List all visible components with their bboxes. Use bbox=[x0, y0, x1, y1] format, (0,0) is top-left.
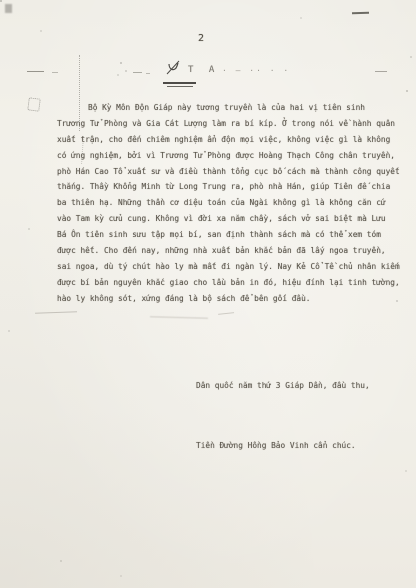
annotation-trailing-dots: · — ·· · · bbox=[222, 66, 290, 75]
annotation-dash bbox=[27, 71, 44, 72]
typewritten-line: sai ngoa, dù tý chút hào ly mà mất đi ng… bbox=[57, 259, 407, 275]
scan-specks bbox=[0, 0, 2, 2]
margin-scribble-mark bbox=[27, 97, 40, 111]
annotation-dash bbox=[146, 73, 150, 74]
typewritten-line: xuất trận, cho đến chiêm nghiệm ẩn độn m… bbox=[57, 132, 407, 148]
typewritten-line: được hết. Cho đến nay, những nhà xuất bả… bbox=[57, 243, 407, 259]
typewritten-line: Trương Tử Phòng và Gia Cát Lượng làm ra … bbox=[57, 116, 407, 132]
annotation-dash bbox=[133, 72, 142, 73]
annotation-dash bbox=[52, 72, 58, 73]
typewritten-line: hào ly không sót, xứng đáng là bộ sách đ… bbox=[57, 291, 407, 307]
struck-out-glyph-icon bbox=[166, 60, 182, 80]
pencil-smudge bbox=[218, 310, 234, 315]
handwritten-annotation: T A · — ·· · · bbox=[0, 58, 416, 92]
scan-smudge-top-left bbox=[5, 4, 12, 13]
typewritten-line: Bộ Kỳ Môn Độn Giáp này tương truyền là c… bbox=[57, 100, 407, 116]
typewritten-line: vào Tam kỳ cửu cung. Không vì đời xa năm… bbox=[57, 211, 407, 227]
pencil-smudge bbox=[35, 309, 77, 313]
typewritten-line: có ứng nghiệm, bởi vì Trương Tử Phòng đư… bbox=[57, 148, 407, 164]
closing-block: Dân quốc năm thứ 3 Giáp Dần, đầu thu, Ti… bbox=[196, 336, 370, 496]
typewritten-paragraph: Bộ Kỳ Môn Độn Giáp này tương truyền là c… bbox=[57, 100, 407, 307]
annotation-dash bbox=[375, 71, 387, 72]
typewritten-line: được bí bản nguyên khắc giao cho lầu bản… bbox=[57, 275, 407, 291]
typewritten-line: Bá Ôn tiên sinh sưu tập mọi bí, san định… bbox=[57, 227, 407, 243]
annotation-underline-thin bbox=[167, 86, 193, 87]
scanned-document-page: 2 T A · — ·· · · Bộ Kỳ Môn Độn Giáp này … bbox=[0, 0, 416, 588]
typewritten-line: phò Hán Cao Tổ xuất sư và điều thành tổn… bbox=[57, 164, 407, 180]
annotation-letters: T A bbox=[188, 65, 219, 75]
closing-date-line: Dân quốc năm thứ 3 Giáp Dần, đầu thu, bbox=[196, 376, 370, 396]
annotation-underline-heavy bbox=[163, 82, 196, 84]
typewritten-line: thắng. Thầy Khổng Minh từ Long Trung ra,… bbox=[57, 179, 407, 195]
page-number: 2 bbox=[0, 33, 402, 44]
scan-dash-top-right bbox=[352, 12, 369, 15]
closing-signature-line: Tiền Đường Hồng Bảo Vinh cẩn chúc. bbox=[196, 436, 370, 456]
typewritten-line: ba thiên hạ. Những thần cơ diệu toán của… bbox=[57, 195, 407, 211]
pencil-smudge bbox=[150, 313, 208, 319]
